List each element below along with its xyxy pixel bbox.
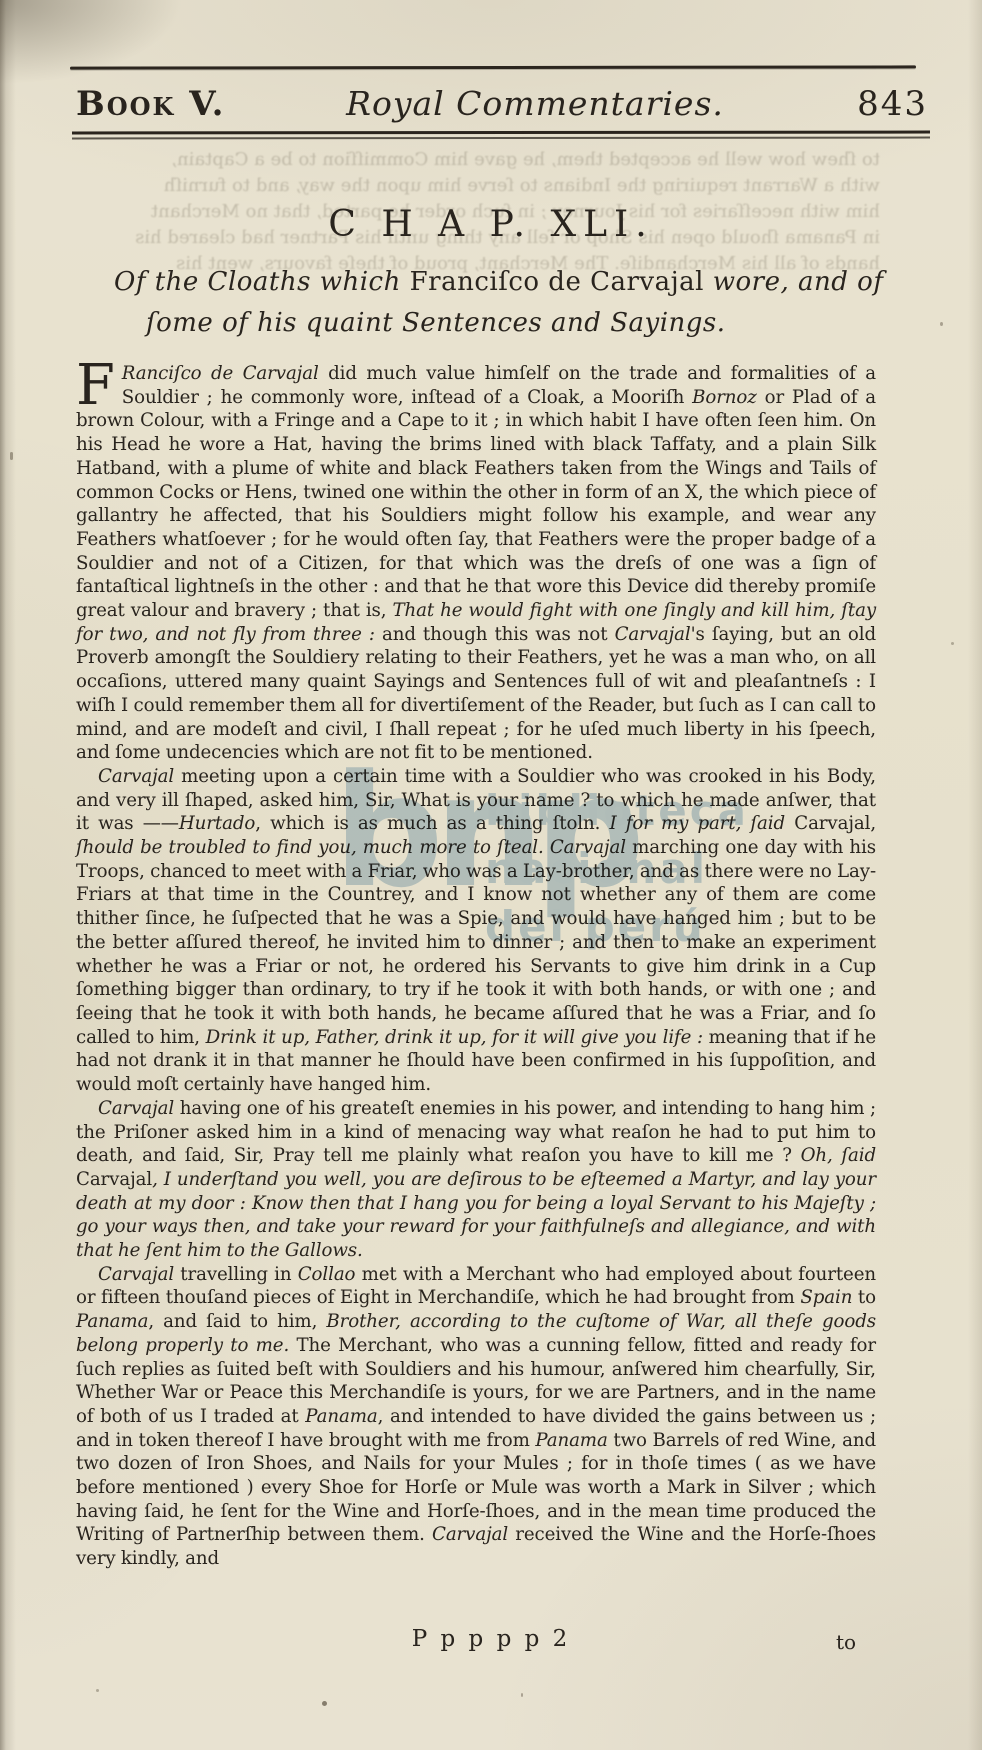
header-top-rule	[70, 65, 916, 69]
signature-mark: P p p p p 2	[0, 1626, 982, 1652]
italic-text-run: , I underſtand you well, you are deſirou…	[76, 1169, 876, 1261]
paper-speck	[10, 452, 13, 460]
book-page-scan: Book V. Royal Commentaries. 843 to ſhew …	[0, 0, 982, 1750]
running-header: Book V. Royal Commentaries. 843	[0, 84, 982, 130]
italic-text-run: Carvajal	[432, 1524, 508, 1545]
roman-text-run: Franciſco de Carvajal	[410, 267, 704, 297]
roman-text-run: to	[852, 1287, 876, 1308]
running-title: Royal Commentaries.	[346, 84, 724, 123]
italic-text-run: ſome of his quaint Sentences and Sayings…	[146, 308, 726, 338]
chapter-title: Of the Cloaths which Franciſco de Carvaj…	[0, 262, 982, 344]
italic-text-run: Panama	[535, 1430, 607, 1451]
italic-text-run: Oh, ſaid	[801, 1145, 876, 1166]
roman-text-run: , and ſaid to him,	[148, 1311, 326, 1332]
italic-text-run: I for my part, ſaid	[609, 813, 794, 834]
roman-text-run: Carvajal	[76, 1169, 152, 1190]
roman-text-run: Carvajal,	[794, 813, 876, 834]
italic-text-run: Bornoz	[692, 387, 757, 408]
chapter-title-line2: ſome of his quaint Sentences and Sayings…	[146, 303, 982, 344]
book-number: Book V.	[76, 84, 226, 124]
paper-speck	[96, 1689, 99, 1692]
catchword: to	[836, 1630, 856, 1654]
paper-speck	[521, 1693, 523, 1697]
header-bottom-rule	[72, 131, 930, 140]
roman-text-run: , which is as much as a thing ſtoln.	[255, 813, 609, 834]
roman-text-run: or Plad of a brown Colour, with a Fringe…	[76, 387, 876, 621]
italic-text-run: Of the Cloaths which	[114, 267, 410, 297]
chapter-title-line1: Of the Cloaths which Franciſco de Carvaj…	[114, 262, 892, 303]
roman-text-run: and though this was not	[375, 624, 615, 645]
italic-text-run: ſhould be troubled to find you, much mor…	[76, 837, 626, 858]
roman-text-run: having one of his greateſt enemies in hi…	[76, 1098, 876, 1166]
italic-text-run: Collao	[298, 1264, 356, 1285]
chapter-heading: C H A P. XLI.	[0, 204, 982, 245]
paper-speck	[322, 1701, 327, 1706]
italic-text-run: wore, and of	[704, 267, 883, 297]
paragraph: Carvajal having one of his greateſt enem…	[76, 1097, 876, 1263]
page-number: 843	[857, 84, 928, 124]
show-through-line: to ſhew how well he accepted them, he ga…	[78, 147, 880, 173]
roman-text-run: travelling in	[174, 1264, 298, 1285]
roman-text-run: marching one day with his Troops, chance…	[76, 837, 876, 1048]
italic-text-run: Ranciſco de Carvajal	[122, 363, 319, 384]
paragraph: Carvajal travelling in Collao met with a…	[76, 1263, 876, 1571]
show-through-line: with a Warrant requiring the Indians to …	[78, 173, 880, 199]
italic-text-run: Drink it up, Father, drink it up, for it…	[206, 1027, 703, 1048]
paragraph: FRanciſco de Carvajal did much value him…	[76, 362, 876, 765]
italic-text-run: Spain	[800, 1287, 852, 1308]
drop-cap: F	[76, 362, 122, 407]
italic-text-run: Panama	[305, 1406, 377, 1427]
italic-text-run: Hurtado	[179, 813, 255, 834]
italic-text-run: Carvajal	[615, 624, 691, 645]
italic-text-run: Carvajal	[98, 1098, 174, 1119]
italic-text-run: Panama	[76, 1311, 148, 1332]
body-text: FRanciſco de Carvajal did much value him…	[76, 362, 876, 1571]
paragraph: Carvajal meeting upon a certain time wit…	[76, 765, 876, 1097]
paper-speck	[951, 642, 954, 645]
paper-speck	[940, 322, 943, 326]
italic-text-run: Carvajal	[98, 766, 174, 787]
italic-text-run: Carvajal	[98, 1264, 174, 1285]
